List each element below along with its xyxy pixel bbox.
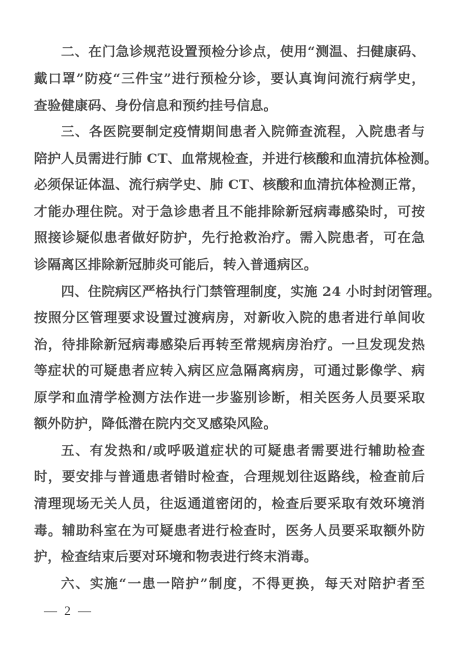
paragraph-3-line-6: 诊隔离区排除新冠肺炎可能后，转入普通病区。 bbox=[34, 256, 425, 276]
page-number: — 2 — bbox=[44, 601, 93, 621]
paragraph-3-line-4: 才能办理住院。对于急诊患者且不能排除新冠病毒感染时，可按 bbox=[34, 203, 425, 223]
paragraph-2-line-1: 二、在门急诊规范设置预检分诊点，使用“测温、扫健康码、 bbox=[61, 43, 425, 63]
document-page: 二、在门急诊规范设置预检分诊点，使用“测温、扫健康码、 戴口罩”防疫“三件宝”进… bbox=[0, 0, 461, 648]
paragraph-4-line-4: 等症状的可疑患者应转入病区应急隔离病房，可通过影像学、病 bbox=[34, 362, 425, 382]
paragraph-3-line-3: 必须保证体温、流行病学史、肺 CT、核酸和血清抗体检测正常， bbox=[34, 176, 425, 196]
paragraph-2-line-2: 戴口罩”防疫“三件宝”进行预检分诊，要认真询问流行病学史， bbox=[34, 70, 425, 90]
paragraph-4-line-5: 原学和血清学检测方法作进一步鉴别诊断，相关医务人员要采取 bbox=[34, 389, 425, 409]
paragraph-3-line-1: 三、各医院要制定疫情期间患者入院筛查流程，入院患者与 bbox=[61, 123, 425, 143]
paragraph-2-line-3: 查验健康码、身份信息和预约挂号信息。 bbox=[34, 97, 425, 117]
paragraph-5-line-4: 毒。辅助科室在为可疑患者进行检查时，医务人员要采取额外防 bbox=[34, 522, 425, 542]
paragraph-5-line-3: 清理现场无关人员，往返通道密闭的，检查后要采取有效环境消 bbox=[34, 495, 425, 515]
paragraph-5-line-1: 五、有发热和/或呼吸道症状的可疑患者需要进行辅助检查 bbox=[61, 442, 425, 462]
paragraph-3-line-2: 陪护人员需进行肺 CT、血常规检查，并进行核酸和血清抗体检测。 bbox=[34, 150, 425, 170]
paragraph-4-line-3: 治，待排除新冠病毒感染后再转至常规病房治疗。一旦发现发热 bbox=[34, 336, 425, 356]
paragraph-4-line-1: 四、住院病区严格执行门禁管理制度，实施 24 小时封闭管理。 bbox=[61, 283, 425, 303]
paragraph-3-line-5: 照接诊疑似患者做好防护，先行抢救治疗。需入院患者，可在急 bbox=[34, 229, 425, 249]
paragraph-4-line-6: 额外防护，降低潜在院内交叉感染风险。 bbox=[34, 415, 425, 435]
paragraph-6-line-1: 六、实施“一患一陪护”制度，不得更换，每天对陪护者至 bbox=[61, 575, 425, 595]
paragraph-5-line-2: 时，要安排与普通患者错时检查，合理规划往返路线，检查前后 bbox=[34, 468, 425, 488]
paragraph-5-line-5: 护，检查结束后要对环境和物表进行终末消毒。 bbox=[34, 548, 425, 568]
paragraph-4-line-2: 按照分区管理要求设置过渡病房，对新收入院的患者进行单间收 bbox=[34, 309, 425, 329]
